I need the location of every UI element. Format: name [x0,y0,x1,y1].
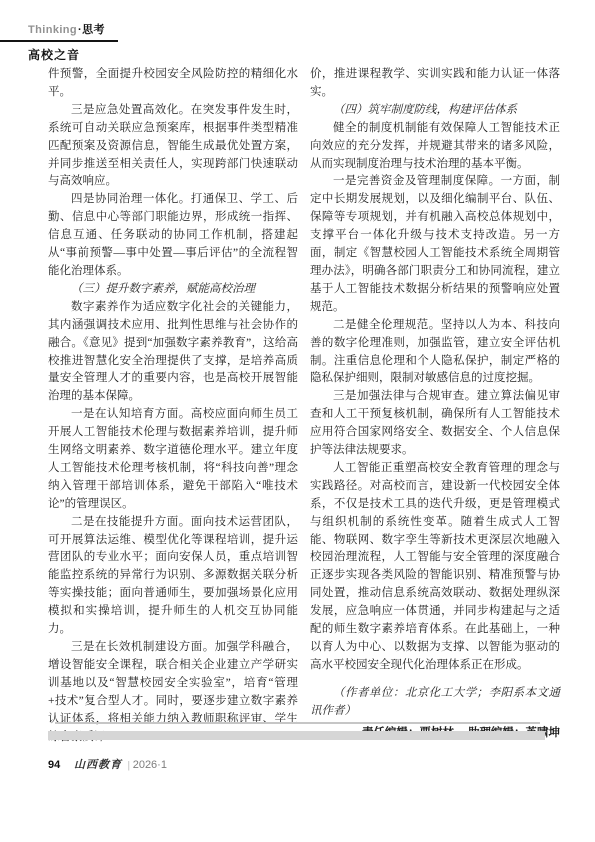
magazine-page: Thinking·思考 高校之音 件预警，全面提升校园安全风险防控的精细化水平。… [0,0,595,842]
section-tab-label: 高校之音 [28,46,118,63]
paragraph-body: 数字素养作为适应数字化社会的关键能力，其内涵强调技术应用、批判性思维与社会协作的… [48,299,298,406]
issue-separator: | [128,759,130,771]
paragraph-body: 健全的制度机制能有效保障人工智能技术正向效应的充分发挥，并规避其带来的诸多风险，… [310,120,560,174]
page-footer: 94 山西教育 | 2026·1 [48,758,167,772]
paragraph-body: 二是在技能提升方面。面向技术运营团队，可开展算法运维、模型优化等课程培训，提升运… [48,514,298,639]
page-number: 94 [48,759,60,771]
paragraph-body: 一是在认知培育方面。高校应面向师生员工开展人工智能技术伦理与数据素养培训，提升师… [48,406,298,513]
paragraph-body: 四是协同治理一体化。打通保卫、学工、后勤、信息中心等部门职能边界，形成统一指挥、… [48,191,298,281]
journal-name: 山西教育 [74,759,122,771]
paragraph-continuation: 价，推进课程教学、实训实践和能力认证一体落实。 [310,66,560,102]
right-column: 价，推进课程教学、实训实践和能力认证一体落实。（四）筑牢制度防线，构建评估体系健… [310,66,560,746]
paragraph-subhead: （四）筑牢制度防线，构建评估体系 [310,102,560,120]
left-column: 件预警，全面提升校园安全风险防控的精细化水平。三是应急处置高效化。在突发事件发生… [48,66,298,746]
section-eyebrow: Thinking·思考 [28,24,118,37]
paragraph-body: 三是应急处置高效化。在突发事件发生时，系统可自动关联应急预案库，根据事件类型精准… [48,102,298,192]
paragraph-body: 二是健全伦理规范。坚持以人为本、科技向善的数字伦理准则，加强监管，建立安全评估机… [310,317,560,389]
footer-rule-thick [48,731,545,740]
paragraph-body: 一是完善资金及管理制度保障。一方面，制定中长期发展规划，以及细化编制平台、队伍、… [310,173,560,316]
article-body: 件预警，全面提升校园安全风险防控的精细化水平。三是应急处置高效化。在突发事件发生… [48,66,560,746]
footer-rule-thin [55,722,540,724]
issue-number: 2026·1 [133,759,167,771]
paragraph-continuation: 件预警，全面提升校园安全风险防控的精细化水平。 [48,66,298,102]
paragraph-author-note: （作者单位：北京化工大学；李阳系本文通讯作者） [310,685,560,721]
page-header: Thinking·思考 高校之音 [0,24,118,63]
eyebrow-chinese-label: ·思考 [78,24,105,36]
eyebrow-english-label: Thinking [28,24,77,36]
right-column-text: 价，推进课程教学、实训实践和能力认证一体落实。（四）筑牢制度防线，构建评估体系健… [310,66,560,721]
header-rule [0,40,118,42]
paragraph-body: 三是加强法律与合规审查。建立算法偏见审查和人工干预复核机制，确保所有人工智能技术… [310,388,560,460]
paragraph-body: 人工智能正重塑高校安全教育管理的理念与实践路径。对高校而言，建设新一代校园安全体… [310,460,560,675]
paragraph-subhead: （三）提升数字素养，赋能高校治理 [48,281,298,299]
